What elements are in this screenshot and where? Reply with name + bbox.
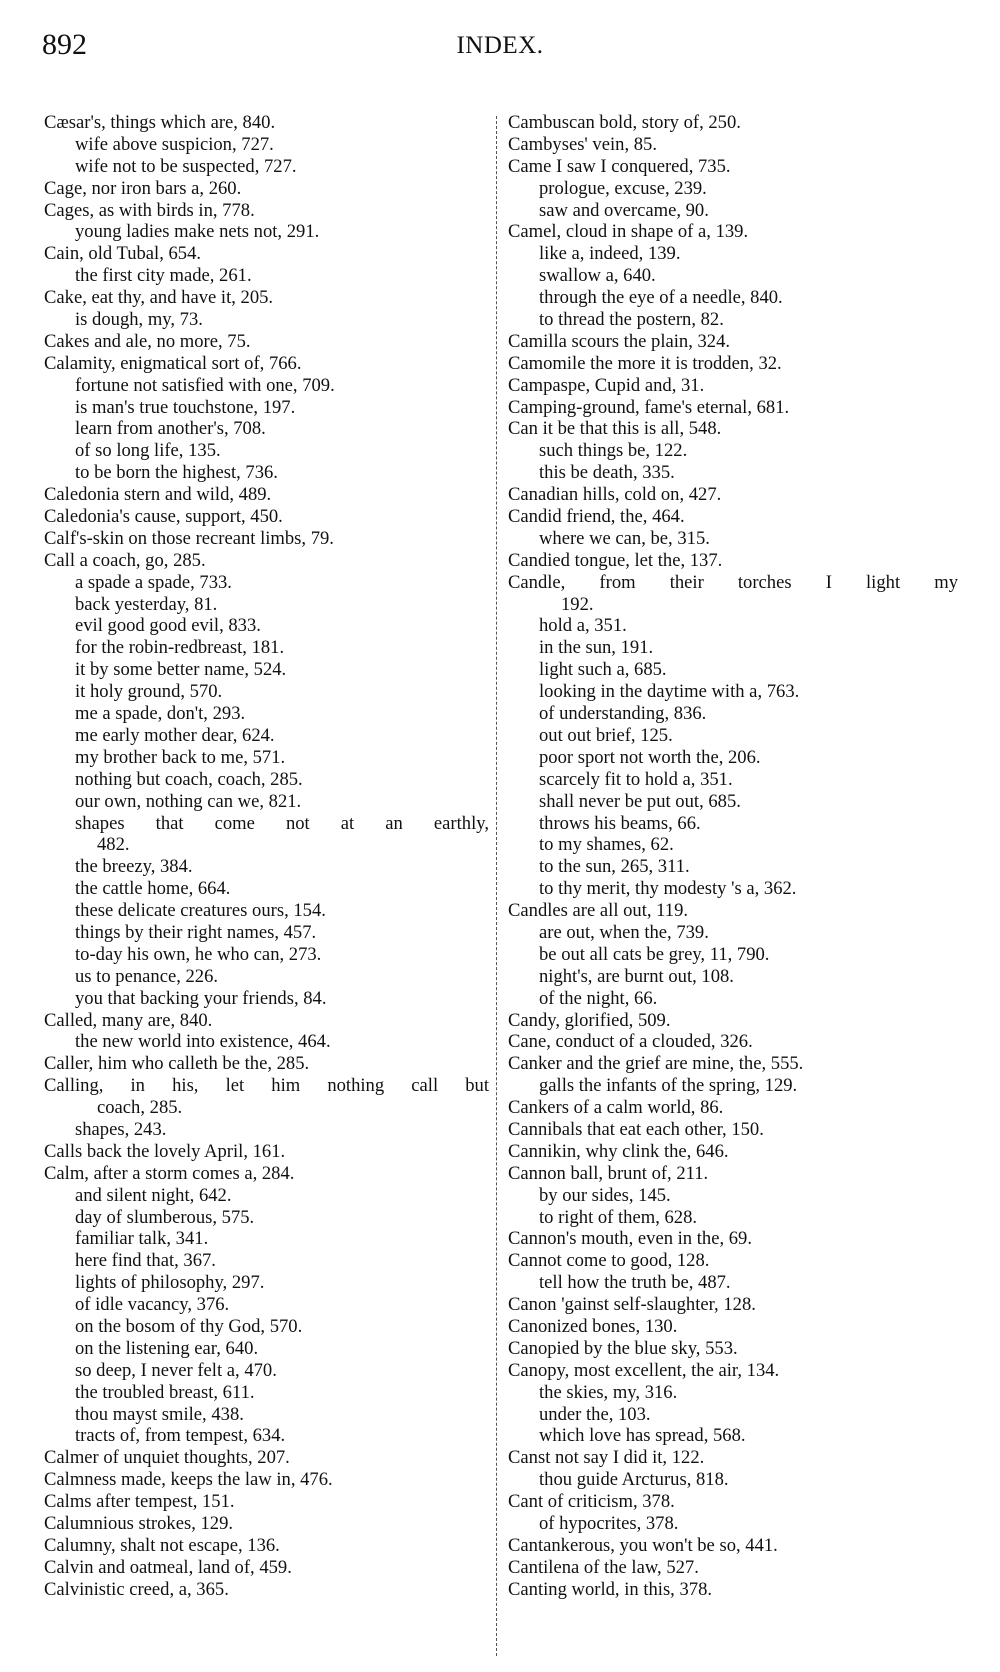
index-subentry: our own, nothing can we, 821. bbox=[44, 791, 489, 813]
index-entry: Calf's-skin on those recreant limbs, 79. bbox=[44, 528, 489, 550]
index-subentry: prologue, excuse, 239. bbox=[508, 178, 958, 200]
index-entry-continuation: 482. bbox=[44, 834, 489, 856]
index-entry: Cannon's mouth, even in the, 69. bbox=[508, 1228, 958, 1250]
index-subentry: this be death, 335. bbox=[508, 462, 958, 484]
index-subentry: galls the infants of the spring, 129. bbox=[508, 1075, 958, 1097]
index-entry: Canadian hills, cold on, 427. bbox=[508, 484, 958, 506]
index-entry: Canker and the grief are mine, the, 555. bbox=[508, 1053, 958, 1075]
index-subentry: these delicate creatures ours, 154. bbox=[44, 900, 489, 922]
index-subentry: which love has spread, 568. bbox=[508, 1425, 958, 1447]
index-entry: Candid friend, the, 464. bbox=[508, 506, 958, 528]
index-subentry: on the listening ear, 640. bbox=[44, 1338, 489, 1360]
index-subentry: me early mother dear, 624. bbox=[44, 725, 489, 747]
index-subentry: the troubled breast, 611. bbox=[44, 1382, 489, 1404]
index-entry: Candy, glorified, 509. bbox=[508, 1010, 958, 1032]
index-subentry: through the eye of a needle, 840. bbox=[508, 287, 958, 309]
index-subentry: it by some better name, 524. bbox=[44, 659, 489, 681]
index-entry: Camomile the more it is trodden, 32. bbox=[508, 353, 958, 375]
index-entry: Canst not say I did it, 122. bbox=[508, 1447, 958, 1469]
index-entry: Can it be that this is all, 548. bbox=[508, 418, 958, 440]
index-entry: Cambuscan bold, story of, 250. bbox=[508, 112, 958, 134]
index-entry: Caledonia's cause, support, 450. bbox=[44, 506, 489, 528]
index-subentry: for the robin-redbreast, 181. bbox=[44, 637, 489, 659]
index-entry: Cages, as with birds in, 778. bbox=[44, 200, 489, 222]
index-entry: Camilla scours the plain, 324. bbox=[508, 331, 958, 353]
index-subentry: are out, when the, 739. bbox=[508, 922, 958, 944]
index-entry: Canopied by the blue sky, 553. bbox=[508, 1338, 958, 1360]
index-subentry: young ladies make nets not, 291. bbox=[44, 221, 489, 243]
index-subentry: tracts of, from tempest, 634. bbox=[44, 1425, 489, 1447]
index-column-right: Cambuscan bold, story of, 250.Cambyses' … bbox=[508, 112, 958, 1601]
index-entry: Cannon ball, brunt of, 211. bbox=[508, 1163, 958, 1185]
index-entry: Calmness made, keeps the law in, 476. bbox=[44, 1469, 489, 1491]
index-entry: Canonized bones, 130. bbox=[508, 1316, 958, 1338]
index-entry: Cant of criticism, 378. bbox=[508, 1491, 958, 1513]
index-entry: Cantilena of the law, 527. bbox=[508, 1557, 958, 1579]
index-entry: Candied tongue, let the, 137. bbox=[508, 550, 958, 572]
index-subentry: in the sun, 191. bbox=[508, 637, 958, 659]
index-entry: Cage, nor iron bars a, 260. bbox=[44, 178, 489, 200]
index-subentry: poor sport not worth the, 206. bbox=[508, 747, 958, 769]
index-subentry: the cattle home, 664. bbox=[44, 878, 489, 900]
index-subentry: my brother back to me, 571. bbox=[44, 747, 489, 769]
index-subentry: of understanding, 836. bbox=[508, 703, 958, 725]
index-subentry: to my shames, 62. bbox=[508, 834, 958, 856]
index-subentry: to the sun, 265, 311. bbox=[508, 856, 958, 878]
index-subentry: things by their right names, 457. bbox=[44, 922, 489, 944]
index-subentry: scarcely fit to hold a, 351. bbox=[508, 769, 958, 791]
index-subentry: under the, 103. bbox=[508, 1404, 958, 1426]
index-subentry: looking in the daytime with a, 763. bbox=[508, 681, 958, 703]
index-entry: Calls back the lovely April, 161. bbox=[44, 1141, 489, 1163]
index-subentry: the first city made, 261. bbox=[44, 265, 489, 287]
index-entry: Calms after tempest, 151. bbox=[44, 1491, 489, 1513]
index-subentry: the breezy, 384. bbox=[44, 856, 489, 878]
index-subentry: here find that, 367. bbox=[44, 1250, 489, 1272]
index-entry: Call a coach, go, 285. bbox=[44, 550, 489, 572]
index-entry: Calvin and oatmeal, land of, 459. bbox=[44, 1557, 489, 1579]
index-subentry: is dough, my, 73. bbox=[44, 309, 489, 331]
index-subentry: thou mayst smile, 438. bbox=[44, 1404, 489, 1426]
index-entry: Cankers of a calm world, 86. bbox=[508, 1097, 958, 1119]
index-entry: Calumnious strokes, 129. bbox=[44, 1513, 489, 1535]
index-subentry: throws his beams, 66. bbox=[508, 813, 958, 835]
index-subentry: so deep, I never felt a, 470. bbox=[44, 1360, 489, 1382]
index-subentry: learn from another's, 708. bbox=[44, 418, 489, 440]
index-subentry: lights of philosophy, 297. bbox=[44, 1272, 489, 1294]
index-subentry: on the bosom of thy God, 570. bbox=[44, 1316, 489, 1338]
index-subentry: the skies, my, 316. bbox=[508, 1382, 958, 1404]
index-subentry: tell how the truth be, 487. bbox=[508, 1272, 958, 1294]
index-entry: Camel, cloud in shape of a, 139. bbox=[508, 221, 958, 243]
index-entry: Cæsar's, things which are, 840. bbox=[44, 112, 489, 134]
index-entry: Cannikin, why clink the, 646. bbox=[508, 1141, 958, 1163]
index-subentry: swallow a, 640. bbox=[508, 265, 958, 287]
index-entry: Cakes and ale, no more, 75. bbox=[44, 331, 489, 353]
index-entry: Calvinistic creed, a, 365. bbox=[44, 1579, 489, 1601]
index-subentry: to thread the postern, 82. bbox=[508, 309, 958, 331]
index-subentry: shapes, 243. bbox=[44, 1119, 489, 1141]
index-entry: Calling, in his, let him nothing call bu… bbox=[44, 1075, 489, 1097]
index-subentry: nothing but coach, coach, 285. bbox=[44, 769, 489, 791]
index-entry: Cake, eat thy, and have it, 205. bbox=[44, 287, 489, 309]
index-subentry: night's, are burnt out, 108. bbox=[508, 966, 958, 988]
index-subentry: back yesterday, 81. bbox=[44, 594, 489, 616]
index-entry-continuation: coach, 285. bbox=[44, 1097, 489, 1119]
index-column-left: Cæsar's, things which are, 840.wife abov… bbox=[44, 112, 489, 1601]
index-entry: Canon 'gainst self-slaughter, 128. bbox=[508, 1294, 958, 1316]
index-entry: Cambyses' vein, 85. bbox=[508, 134, 958, 156]
index-entry: Campaspe, Cupid and, 31. bbox=[508, 375, 958, 397]
index-subentry: to be born the highest, 736. bbox=[44, 462, 489, 484]
page-header: 892 INDEX. bbox=[0, 28, 1000, 68]
index-entry: Cannot come to good, 128. bbox=[508, 1250, 958, 1272]
index-subentry: such things be, 122. bbox=[508, 440, 958, 462]
index-subentry: is man's true touchstone, 197. bbox=[44, 397, 489, 419]
index-subentry: a spade a spade, 733. bbox=[44, 572, 489, 594]
index-subentry: the new world into existence, 464. bbox=[44, 1031, 489, 1053]
index-subentry: it holy ground, 570. bbox=[44, 681, 489, 703]
index-entry: Calm, after a storm comes a, 284. bbox=[44, 1163, 489, 1185]
index-subentry: like a, indeed, 139. bbox=[508, 243, 958, 265]
index-entry: Candles are all out, 119. bbox=[508, 900, 958, 922]
index-subentry: light such a, 685. bbox=[508, 659, 958, 681]
index-entry: Calmer of unquiet thoughts, 207. bbox=[44, 1447, 489, 1469]
index-entry: Cantankerous, you won't be so, 441. bbox=[508, 1535, 958, 1557]
index-subentry: to-day his own, he who can, 273. bbox=[44, 944, 489, 966]
index-entry: Canopy, most excellent, the air, 134. bbox=[508, 1360, 958, 1382]
index-entry: Calumny, shalt not escape, 136. bbox=[44, 1535, 489, 1557]
index-subentry: be out all cats be grey, 11, 790. bbox=[508, 944, 958, 966]
index-subentry: us to penance, 226. bbox=[44, 966, 489, 988]
index-entry: Cane, conduct of a clouded, 326. bbox=[508, 1031, 958, 1053]
index-subentry: wife not to be suspected, 727. bbox=[44, 156, 489, 178]
index-subentry: of so long life, 135. bbox=[44, 440, 489, 462]
index-subentry: shall never be put out, 685. bbox=[508, 791, 958, 813]
index-entry: Cannibals that eat each other, 150. bbox=[508, 1119, 958, 1141]
index-entry: Canting world, in this, 378. bbox=[508, 1579, 958, 1601]
index-subentry: to thy merit, thy modesty 's a, 362. bbox=[508, 878, 958, 900]
index-subentry: of the night, 66. bbox=[508, 988, 958, 1010]
page-title: INDEX. bbox=[0, 32, 1000, 60]
index-entry: Caledonia stern and wild, 489. bbox=[44, 484, 489, 506]
index-subentry: wife above suspicion, 727. bbox=[44, 134, 489, 156]
index-subentry: saw and overcame, 90. bbox=[508, 200, 958, 222]
index-subentry: shapes that come not at an earthly, bbox=[44, 813, 489, 835]
index-entry-continuation: 192. bbox=[508, 594, 958, 616]
index-subentry: by our sides, 145. bbox=[508, 1185, 958, 1207]
index-subentry: hold a, 351. bbox=[508, 615, 958, 637]
index-subentry: and silent night, 642. bbox=[44, 1185, 489, 1207]
index-subentry: fortune not satisfied with one, 709. bbox=[44, 375, 489, 397]
index-subentry: thou guide Arcturus, 818. bbox=[508, 1469, 958, 1491]
index-entry: Caller, him who calleth be the, 285. bbox=[44, 1053, 489, 1075]
index-subentry: of idle vacancy, 376. bbox=[44, 1294, 489, 1316]
index-subentry: me a spade, don't, 293. bbox=[44, 703, 489, 725]
index-subentry: to right of them, 628. bbox=[508, 1207, 958, 1229]
index-subentry: familiar talk, 341. bbox=[44, 1228, 489, 1250]
column-divider bbox=[496, 116, 497, 1656]
index-subentry: you that backing your friends, 84. bbox=[44, 988, 489, 1010]
index-entry: Candle, from their torches I light my bbox=[508, 572, 958, 594]
index-entry: Cain, old Tubal, 654. bbox=[44, 243, 489, 265]
index-subentry: out out brief, 125. bbox=[508, 725, 958, 747]
index-subentry: evil good good evil, 833. bbox=[44, 615, 489, 637]
index-subentry: where we can, be, 315. bbox=[508, 528, 958, 550]
index-entry: Called, many are, 840. bbox=[44, 1010, 489, 1032]
index-subentry: of hypocrites, 378. bbox=[508, 1513, 958, 1535]
index-entry: Camping-ground, fame's eternal, 681. bbox=[508, 397, 958, 419]
index-entry: Calamity, enigmatical sort of, 766. bbox=[44, 353, 489, 375]
index-entry: Came I saw I conquered, 735. bbox=[508, 156, 958, 178]
index-subentry: day of slumberous, 575. bbox=[44, 1207, 489, 1229]
